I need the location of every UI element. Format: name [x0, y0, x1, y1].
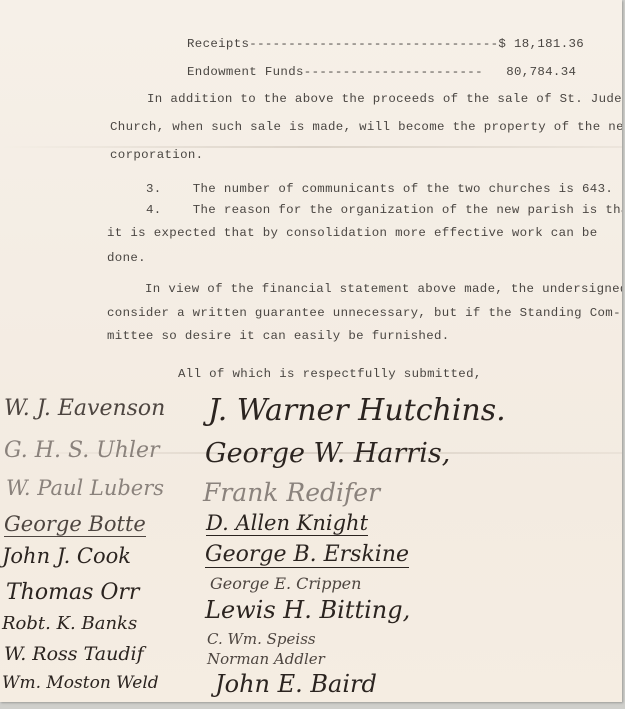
signature-cook: John J. Cook	[2, 546, 131, 567]
signature-addler: Norman Addler	[207, 652, 325, 667]
endowment-line: Endowment Funds----------------------- 8…	[187, 66, 576, 78]
signature-moston: Wm. Moston Weld	[2, 675, 159, 692]
item-4-line-2: it is expected that by consolidation mor…	[107, 227, 598, 239]
signature-botte: George Botte	[4, 514, 146, 537]
receipts-line: Receipts--------------------------------…	[187, 38, 584, 50]
paragraph-sale-line-2: Church, when such sale is made, will bec…	[110, 121, 622, 133]
closing-line: All of which is respectfully submitted,	[178, 368, 482, 380]
paper-fold-line	[0, 146, 622, 148]
signature-lubers: W. Paul Lubers	[6, 478, 164, 499]
signature-uhler: G. H. S. Uhler	[4, 440, 160, 462]
document-page: Receipts--------------------------------…	[0, 0, 622, 702]
signature-banks: Robt. K. Banks	[2, 615, 137, 633]
paragraph-sale-line-3: corporation.	[110, 149, 203, 161]
item-3-communicants: 3. The number of communicants of the two…	[146, 183, 613, 195]
item-4-line-1: 4. The reason for the organization of th…	[146, 204, 622, 216]
signature-eavenson: W. J. Eavenson	[4, 398, 165, 420]
signature-hutchins: J. Warner Hutchins.	[208, 396, 506, 426]
signature-bitting: Lewis H. Bitting,	[205, 598, 410, 622]
signature-taudif: W. Ross Taudif	[4, 645, 144, 664]
signature-orr: Thomas Orr	[6, 582, 139, 604]
signature-redifer: Frank Redifer	[203, 480, 380, 505]
paragraph-sale-line-1: In addition to the above the proceeds of…	[147, 93, 622, 105]
paragraph-view-line-1: In view of the financial statement above…	[145, 283, 622, 295]
signature-knight: D. Allen Knight	[206, 513, 368, 536]
signature-crippen: George E. Crippen	[210, 576, 361, 592]
signature-speiss: C. Wm. Speiss	[207, 632, 316, 647]
signature-erskine: George B. Erskine	[205, 544, 409, 568]
signature-baird: John E. Baird	[215, 672, 377, 696]
item-4-line-3: done.	[107, 252, 146, 264]
signature-harris: George W. Harris,	[205, 440, 450, 467]
paragraph-view-line-2: consider a written guarantee unnecessary…	[107, 307, 621, 319]
paragraph-view-line-3: mittee so desire it can easily be furnis…	[107, 330, 450, 342]
